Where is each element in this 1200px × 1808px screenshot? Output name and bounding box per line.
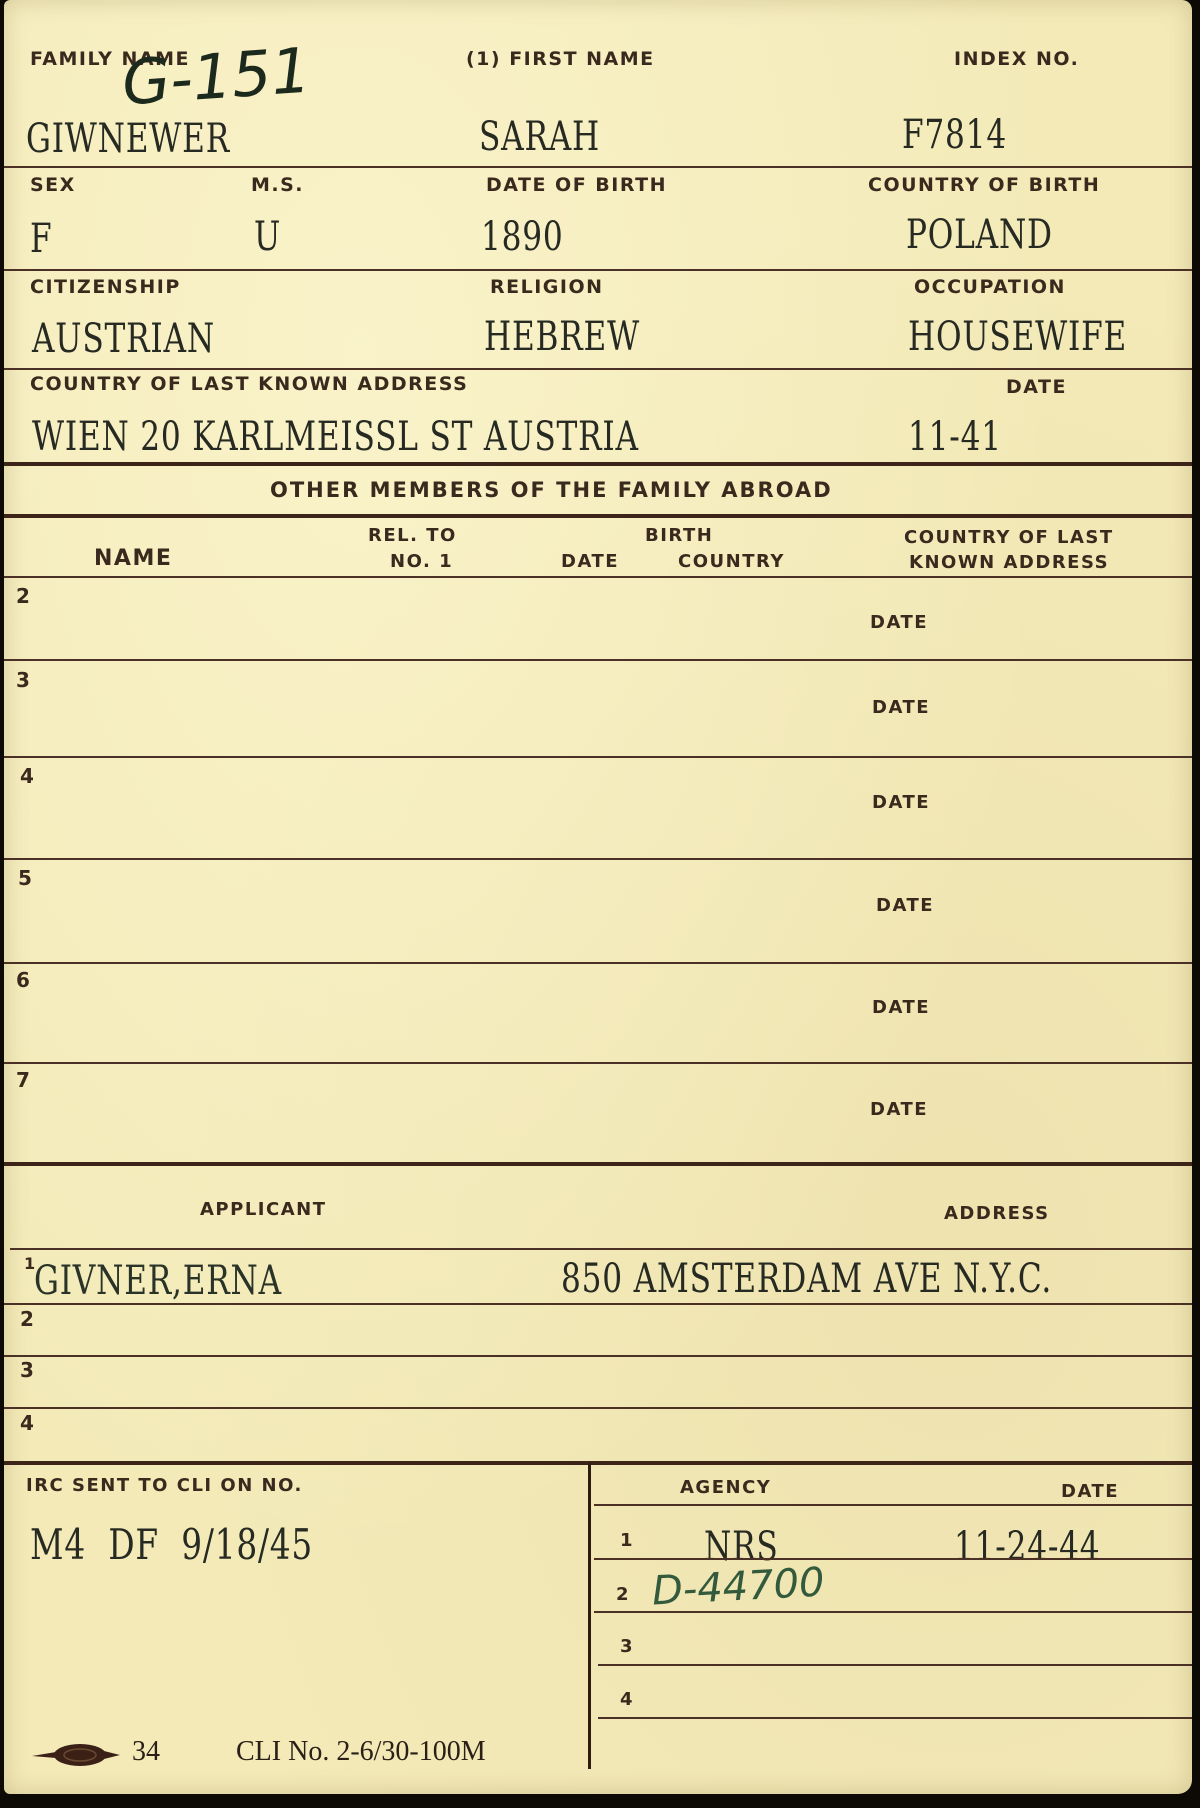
rel-header-line1: REL. TO <box>368 525 457 546</box>
row-date-label: DATE <box>872 997 930 1018</box>
row-date-label: DATE <box>876 895 934 916</box>
applicant-name: GIVNER,ERNA <box>34 1258 282 1304</box>
row-date-label: DATE <box>870 1099 928 1120</box>
date-of-birth-label: DATE OF BIRTH <box>486 174 667 196</box>
divider <box>4 269 1192 271</box>
divider <box>4 962 1192 964</box>
country-of-birth-label: COUNTRY OF BIRTH <box>868 174 1100 196</box>
rel-header-line2: NO. 1 <box>390 551 453 572</box>
country-last-address-label: COUNTRY OF LAST KNOWN ADDRESS <box>30 373 468 395</box>
row-date-label: DATE <box>872 697 930 718</box>
agency-date: 11-24-44 <box>954 1524 1100 1570</box>
occupation-value: HOUSEWIFE <box>908 314 1127 360</box>
citizenship-label: CITIZENSHIP <box>30 276 181 298</box>
index-no-value: F7814 <box>902 112 1007 158</box>
divider <box>594 1611 1192 1613</box>
index-no-label: INDEX NO. <box>954 48 1079 70</box>
heavy-divider <box>4 462 1192 466</box>
divider <box>594 1504 1192 1506</box>
row-number: 7 <box>16 1068 30 1092</box>
vertical-divider <box>588 1463 591 1769</box>
divider <box>598 1717 1192 1719</box>
row-number: 2 <box>616 1584 629 1605</box>
divider <box>4 1355 1192 1357</box>
citizenship-value: AUSTRIAN <box>32 316 215 362</box>
divider <box>4 1303 1192 1305</box>
row-number: 3 <box>16 668 30 692</box>
handwritten-agency-code: D-44700 <box>651 1560 826 1615</box>
applicant-label: APPLICANT <box>200 1199 326 1220</box>
name-header: NAME <box>94 546 172 571</box>
ms-label: M.S. <box>251 174 304 196</box>
row-number: 4 <box>20 1411 34 1435</box>
row-number: 6 <box>16 968 30 992</box>
irc-value: M4 DF 9/18/45 <box>30 1520 313 1569</box>
row-number: 2 <box>16 584 30 608</box>
agency-date-label: DATE <box>1061 1481 1119 1502</box>
heavy-divider <box>4 514 1192 518</box>
religion-value: HEBREW <box>484 314 640 360</box>
country-last-header-line2: KNOWN ADDRESS <box>909 552 1109 573</box>
form-number: CLI No. 2-6/30-100M <box>236 1736 486 1768</box>
last-address-date-value: 11-41 <box>908 414 1002 460</box>
divider <box>4 576 1192 578</box>
family-section-title: OTHER MEMBERS OF THE FAMILY ABROAD <box>270 478 833 502</box>
row-number: 1 <box>620 1530 633 1551</box>
row-number: 3 <box>620 1636 633 1657</box>
divider <box>598 1664 1192 1666</box>
family-name-value: GIWNEWER <box>26 116 230 162</box>
divider <box>4 368 1192 370</box>
irc-label: IRC SENT TO CLI ON NO. <box>26 1475 303 1496</box>
divider <box>4 1407 1192 1409</box>
index-card: FAMILY NAME (1) FIRST NAME INDEX NO. G-1… <box>4 0 1192 1794</box>
row-date-label: DATE <box>872 792 930 813</box>
agency-label: AGENCY <box>680 1477 771 1498</box>
sex-label: SEX <box>30 174 76 196</box>
heavy-divider <box>4 1461 1192 1465</box>
row-date-label: DATE <box>870 612 928 633</box>
divider <box>10 1248 1192 1250</box>
first-name-value: SARAH <box>479 114 600 160</box>
last-address-value: WIEN 20 KARLMEISSL ST AUSTRIA <box>32 414 639 460</box>
heavy-divider <box>4 1162 1192 1166</box>
row-number: 5 <box>18 866 32 890</box>
date-of-birth-value: 1890 <box>481 214 564 260</box>
birth-header: BIRTH <box>645 525 713 546</box>
country-last-header-line1: COUNTRY OF LAST <box>904 527 1114 548</box>
country-of-birth-value: POLAND <box>906 212 1053 258</box>
row-number: 4 <box>620 1689 633 1710</box>
divider <box>4 659 1192 661</box>
handwritten-file-code: G-151 <box>120 34 313 120</box>
divider <box>594 1558 1192 1560</box>
divider <box>4 166 1192 168</box>
row-number: 4 <box>20 764 34 788</box>
union-number: 34 <box>132 1736 160 1768</box>
divider <box>4 756 1192 758</box>
union-label-icon <box>30 1741 122 1769</box>
ms-value: U <box>254 214 281 260</box>
occupation-label: OCCUPATION <box>914 276 1066 298</box>
birth-date-header: DATE <box>561 551 619 572</box>
row-number: 2 <box>20 1307 34 1331</box>
first-name-label: (1) FIRST NAME <box>466 48 655 70</box>
religion-label: RELIGION <box>490 276 604 298</box>
applicant-address: 850 AMSTERDAM AVE N.Y.C. <box>561 1256 1052 1302</box>
address-label: ADDRESS <box>944 1203 1050 1224</box>
sex-value: F <box>30 216 52 262</box>
birth-country-header: COUNTRY <box>678 551 785 572</box>
row-number: 3 <box>20 1358 34 1382</box>
divider <box>4 858 1192 860</box>
last-address-date-label: DATE <box>1006 376 1067 398</box>
divider <box>4 1062 1192 1064</box>
